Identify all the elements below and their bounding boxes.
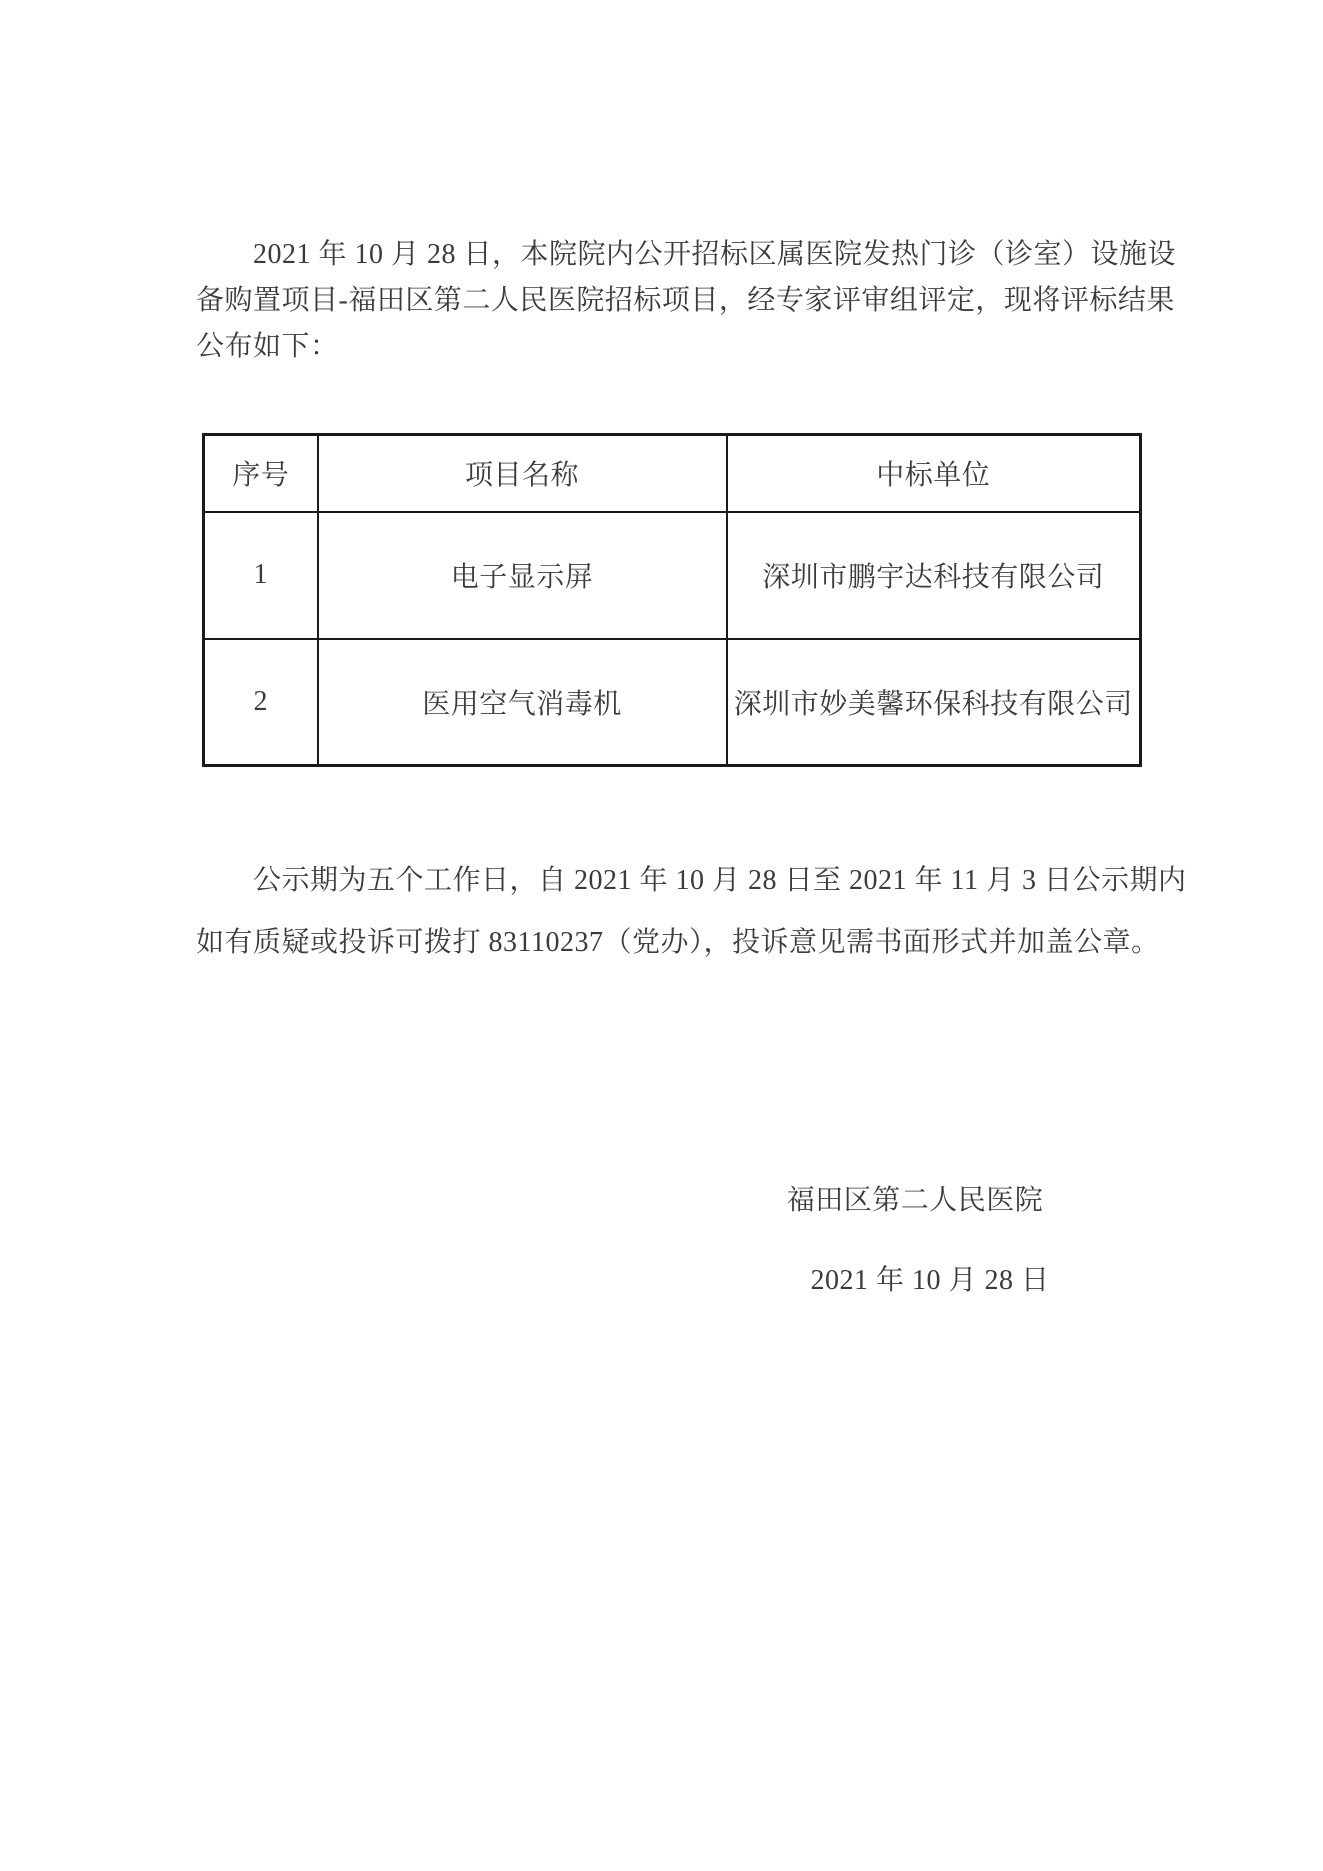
- intro-paragraph: 2021 年 10 月 28 日，本院院内公开招标区属医院发热门诊（诊室）设施设…: [196, 232, 1166, 370]
- table-header-row: 序号 项目名称 中标单位: [204, 435, 1141, 512]
- header-cell-no: 序号: [204, 435, 318, 512]
- bid-results-table: 序号 项目名称 中标单位 1 电子显示屏 深圳市鹏宇达科技有限公司 2 医用空气…: [202, 433, 1142, 767]
- header-cell-winner: 中标单位: [727, 435, 1141, 512]
- cell-row2-project: 医用空气消毒机: [318, 639, 727, 766]
- header-cell-project: 项目名称: [318, 435, 727, 512]
- cell-row1-project: 电子显示屏: [318, 512, 727, 639]
- notice-paragraph-line-1: 公示期为五个工作日，自 2021 年 10 月 28 日至 2021 年 11 …: [196, 850, 1166, 912]
- cell-row1-winner: 深圳市鹏宇达科技有限公司: [727, 512, 1141, 639]
- signature-organization: 福田区第二人民医院: [705, 1178, 1125, 1218]
- table-row: 1 电子显示屏 深圳市鹏宇达科技有限公司: [204, 512, 1141, 639]
- cell-row2-no: 2: [204, 639, 318, 766]
- intro-paragraph-line-3: 公布如下：: [196, 324, 1166, 370]
- document-page: 2021 年 10 月 28 日，本院院内公开招标区属医院发热门诊（诊室）设施设…: [0, 0, 1323, 1871]
- notice-paragraph-line-2: 如有质疑或投诉可拨打 83110237（党办），投诉意见需书面形式并加盖公章。: [196, 912, 1166, 974]
- cell-row2-winner: 深圳市妙美馨环保科技有限公司: [727, 639, 1141, 766]
- cell-row1-no: 1: [204, 512, 318, 639]
- signature-date: 2021 年 10 月 28 日: [720, 1258, 1140, 1298]
- notice-paragraph: 公示期为五个工作日，自 2021 年 10 月 28 日至 2021 年 11 …: [196, 850, 1166, 974]
- table-row: 2 医用空气消毒机 深圳市妙美馨环保科技有限公司: [204, 639, 1141, 766]
- intro-paragraph-line-1: 2021 年 10 月 28 日，本院院内公开招标区属医院发热门诊（诊室）设施设: [196, 232, 1166, 278]
- intro-paragraph-line-2: 备购置项目-福田区第二人民医院招标项目，经专家评审组评定，现将评标结果: [196, 278, 1166, 324]
